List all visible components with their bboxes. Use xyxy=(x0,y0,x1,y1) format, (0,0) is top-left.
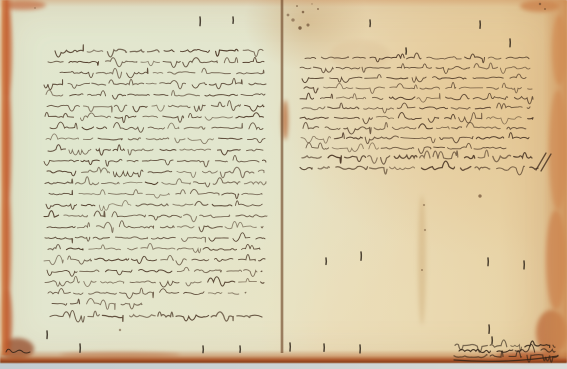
ink-stroke xyxy=(510,74,526,79)
ink-stroke xyxy=(66,248,83,250)
ink-stroke xyxy=(243,49,263,56)
ink-stroke xyxy=(427,57,461,59)
ink-stroke xyxy=(239,278,257,282)
ink-stroke xyxy=(88,311,99,317)
ink-speckle xyxy=(478,194,481,197)
ink-stroke xyxy=(304,87,318,93)
ink-stroke xyxy=(300,167,312,169)
ink-stroke xyxy=(194,105,205,111)
ink-stroke xyxy=(313,67,333,73)
ink-stroke xyxy=(392,127,416,130)
ink-stroke xyxy=(420,151,430,158)
ink-stroke xyxy=(186,282,201,286)
ink-stroke xyxy=(334,133,344,139)
ink-stroke xyxy=(233,155,259,162)
ink-stroke xyxy=(87,298,116,309)
ink-speckle xyxy=(298,26,301,29)
ink-stroke xyxy=(168,72,195,74)
ink-stroke xyxy=(487,117,522,124)
ink-stroke xyxy=(344,127,371,134)
ink-stroke xyxy=(97,127,107,129)
ink-stroke xyxy=(236,201,263,206)
ink-stroke xyxy=(220,167,254,177)
ink-stroke xyxy=(412,77,426,82)
ink-speckle xyxy=(296,5,298,7)
ink-stroke xyxy=(81,204,95,205)
ink-stroke xyxy=(96,222,113,232)
ink-stroke xyxy=(390,84,417,89)
ink-stroke xyxy=(194,270,221,273)
ink-stroke xyxy=(514,153,532,158)
ink-speckle xyxy=(302,11,305,14)
ink-stroke xyxy=(397,64,432,69)
ink-stroke xyxy=(381,147,414,149)
ink-stroke xyxy=(227,270,242,271)
ink-stroke xyxy=(300,117,328,119)
ink-stroke xyxy=(49,190,73,194)
ink-stroke xyxy=(177,267,189,271)
ink-stroke xyxy=(245,105,265,111)
ink-stroke xyxy=(328,155,341,163)
ink-stroke xyxy=(236,113,264,118)
ink-stroke xyxy=(303,122,319,128)
ink-stroke xyxy=(141,243,175,249)
ink-stroke xyxy=(94,211,105,217)
ink-stroke xyxy=(115,116,136,123)
ink-stroke xyxy=(168,123,179,129)
ink-speckle xyxy=(544,8,546,10)
ink-stroke xyxy=(151,237,175,239)
ink-stroke xyxy=(114,105,127,112)
ink-stroke xyxy=(173,204,193,206)
ink-stroke xyxy=(163,61,180,67)
ink-stroke xyxy=(192,83,206,88)
ink-stroke xyxy=(259,259,265,261)
ink-stroke xyxy=(473,77,503,78)
ink-stroke xyxy=(177,226,194,228)
ink-stroke xyxy=(188,138,214,144)
handwriting-layer xyxy=(0,0,567,363)
manuscript-sheet xyxy=(0,0,567,363)
ink-stroke xyxy=(119,221,153,228)
ink-stroke xyxy=(127,160,138,161)
ink-stroke xyxy=(320,94,332,98)
ink-stroke xyxy=(177,248,201,253)
ink-stroke xyxy=(176,190,186,194)
ink-stroke xyxy=(101,281,124,283)
ink-stroke xyxy=(353,57,366,58)
ink-stroke xyxy=(225,221,256,228)
ink-stroke xyxy=(172,90,200,96)
ink-stroke xyxy=(473,93,508,99)
ink-stroke xyxy=(102,315,123,321)
ink-stroke xyxy=(237,70,264,74)
ink-stroke xyxy=(88,91,106,96)
ink-stroke xyxy=(325,127,340,129)
ink-stroke xyxy=(48,289,70,294)
ink-stroke xyxy=(256,238,265,239)
ink-stroke xyxy=(152,105,164,111)
ink-stroke xyxy=(376,116,393,118)
ink-stroke xyxy=(445,114,456,119)
ink-stroke xyxy=(249,123,263,130)
ink-stroke xyxy=(120,288,154,298)
ink-speckle xyxy=(287,14,290,17)
ink-stroke xyxy=(77,223,89,228)
ink-stroke xyxy=(160,149,176,150)
ink-stroke xyxy=(84,106,113,112)
ink-stroke xyxy=(332,144,363,152)
ink-stroke xyxy=(553,345,555,347)
ink-stroke xyxy=(365,136,398,144)
ink-stroke xyxy=(160,81,186,89)
ink-stroke xyxy=(139,270,172,273)
ink-stroke xyxy=(407,53,421,59)
ink-stroke xyxy=(362,67,390,72)
ink-stroke xyxy=(96,68,121,78)
ink-stroke xyxy=(465,155,475,158)
ink-stroke xyxy=(474,63,498,69)
ink-stroke xyxy=(452,127,462,129)
ink-stroke xyxy=(324,83,353,88)
ink-stroke xyxy=(493,155,511,161)
ink-stroke xyxy=(55,45,83,57)
ink-stroke xyxy=(121,303,142,309)
ink-stroke xyxy=(242,193,262,194)
ink-stroke xyxy=(45,276,79,286)
ink-stroke xyxy=(133,106,147,111)
ink-stroke xyxy=(96,149,110,155)
ink-stroke xyxy=(389,97,415,100)
ink-stroke xyxy=(248,138,266,142)
ink-stroke xyxy=(224,58,237,63)
ink-stroke xyxy=(177,160,209,166)
ink-stroke xyxy=(112,212,145,217)
ink-stroke xyxy=(261,226,263,227)
ink-stroke xyxy=(306,143,329,149)
ink-stroke xyxy=(474,147,506,149)
ink-stroke xyxy=(131,256,156,263)
ink-stroke xyxy=(145,182,158,184)
ink-stroke xyxy=(244,270,257,277)
ink-stroke xyxy=(212,123,243,128)
ink-stroke xyxy=(209,78,242,88)
ink-stroke xyxy=(419,124,433,129)
ink-stroke xyxy=(47,105,79,111)
manuscript-photo xyxy=(0,0,567,369)
ink-stroke xyxy=(202,68,231,73)
ink-stroke xyxy=(397,103,415,108)
ink-stroke xyxy=(394,155,417,158)
ink-stroke xyxy=(219,138,243,139)
ink-stroke xyxy=(336,94,365,99)
ink-stroke xyxy=(128,94,150,95)
ink-stroke xyxy=(211,102,224,106)
ink-stroke xyxy=(44,80,63,90)
ink-stroke xyxy=(215,161,227,162)
ink-stroke xyxy=(195,201,208,205)
ink-stroke xyxy=(420,87,439,89)
ink-stroke xyxy=(440,137,473,143)
ink-stroke xyxy=(228,101,241,111)
ink-stroke xyxy=(84,281,96,286)
ink-stroke xyxy=(163,116,184,122)
ink-stroke xyxy=(189,113,202,117)
ink-stroke xyxy=(250,315,262,317)
ink-stroke xyxy=(506,57,529,59)
ink-stroke xyxy=(87,50,103,52)
ink-stroke xyxy=(387,78,408,79)
ink-stroke xyxy=(109,79,144,84)
ink-stroke xyxy=(262,160,266,162)
ink-stroke xyxy=(541,349,555,352)
ink-stroke xyxy=(146,138,168,140)
ink-stroke xyxy=(390,167,415,170)
ink-stroke xyxy=(365,74,381,78)
ink-stroke xyxy=(370,167,387,173)
ink-stroke xyxy=(47,227,75,228)
ink-stroke xyxy=(336,166,368,169)
ink-stroke xyxy=(541,154,551,171)
ink-stroke xyxy=(199,226,222,232)
ink-stroke xyxy=(176,315,209,321)
ink-stroke xyxy=(525,341,550,347)
ink-speckle xyxy=(423,204,425,206)
ink-speckle xyxy=(317,8,319,10)
ink-stroke xyxy=(302,156,321,158)
ink-stroke xyxy=(75,237,90,241)
ink-stroke xyxy=(215,258,233,261)
ink-stroke xyxy=(158,312,173,317)
ink-stroke xyxy=(93,237,109,239)
ink-stroke xyxy=(81,160,99,165)
ink-speckle xyxy=(34,7,36,9)
ink-speckle xyxy=(306,23,309,26)
ink-stroke xyxy=(433,151,458,159)
ink-stroke xyxy=(148,171,172,173)
ink-stroke xyxy=(345,156,366,162)
ink-stroke xyxy=(46,90,63,96)
ink-stroke xyxy=(374,122,387,129)
ink-stroke xyxy=(47,270,77,276)
ink-stroke xyxy=(160,226,174,228)
ink-stroke xyxy=(130,281,155,283)
ink-stroke xyxy=(347,137,363,139)
ink-stroke xyxy=(300,93,314,99)
ink-stroke xyxy=(146,83,156,84)
ink-stroke xyxy=(44,211,59,217)
ink-stroke xyxy=(459,87,483,89)
ink-stroke xyxy=(417,93,440,102)
ink-stroke xyxy=(428,117,439,122)
ink-stroke xyxy=(433,77,467,79)
ink-stroke xyxy=(302,78,323,83)
ink-stroke xyxy=(146,193,169,198)
ink-stroke xyxy=(128,149,153,155)
ink-stroke xyxy=(211,312,233,321)
ink-stroke xyxy=(105,270,132,275)
ink-stroke xyxy=(436,67,470,74)
ink-stroke xyxy=(233,233,250,242)
ink-stroke xyxy=(123,182,142,184)
ink-stroke xyxy=(497,103,522,109)
ink-stroke xyxy=(99,200,131,210)
ink-stroke xyxy=(184,214,197,221)
ink-stroke xyxy=(398,112,421,119)
ink-stroke xyxy=(127,68,148,78)
ink-stroke xyxy=(334,117,359,118)
ink-stroke xyxy=(202,171,217,173)
ink-stroke xyxy=(368,156,378,164)
ink-stroke xyxy=(69,61,99,65)
ink-stroke xyxy=(497,350,513,352)
ink-stroke xyxy=(216,49,238,56)
ink-stroke xyxy=(46,134,79,140)
ink-stroke xyxy=(68,83,90,88)
ink-speckle xyxy=(539,3,541,5)
ink-stroke xyxy=(364,107,394,113)
ink-stroke xyxy=(70,299,79,304)
ink-stroke xyxy=(241,94,265,96)
ink-stroke xyxy=(168,105,190,107)
ink-stroke xyxy=(48,145,66,152)
ink-stroke xyxy=(82,127,93,130)
ink-stroke xyxy=(112,94,125,99)
ink-stroke xyxy=(475,107,490,108)
ink-stroke xyxy=(247,149,264,151)
ink-stroke xyxy=(237,316,250,318)
ink-stroke xyxy=(205,94,238,96)
ink-stroke xyxy=(48,61,63,62)
ink-speckle xyxy=(311,3,312,4)
ink-stroke xyxy=(70,94,83,96)
ink-stroke xyxy=(208,277,235,286)
ink-stroke xyxy=(44,255,63,265)
ink-stroke xyxy=(154,94,168,95)
ink-stroke xyxy=(203,247,236,250)
ink-stroke xyxy=(381,156,390,164)
ink-stroke xyxy=(401,137,435,143)
ink-stroke xyxy=(369,143,379,149)
ink-stroke xyxy=(228,293,239,294)
ink-stroke xyxy=(222,193,239,199)
ink-stroke xyxy=(130,50,144,52)
ink-stroke xyxy=(50,311,84,323)
ink-stroke xyxy=(300,67,311,69)
ink-stroke xyxy=(209,238,229,241)
ink-stroke xyxy=(95,258,129,261)
ink-stroke xyxy=(80,270,99,272)
ink-stroke xyxy=(190,189,219,195)
ink-stroke xyxy=(128,138,140,140)
ink-stroke xyxy=(200,215,230,218)
ink-stroke xyxy=(45,237,73,243)
ink-stroke xyxy=(74,293,84,294)
ink-stroke xyxy=(242,244,261,249)
ink-stroke xyxy=(258,170,264,173)
ink-stroke xyxy=(184,127,205,129)
ink-stroke xyxy=(488,57,501,59)
ink-stroke xyxy=(106,58,137,67)
ink-stroke xyxy=(148,50,160,52)
ink-speckle xyxy=(291,18,294,21)
ink-stroke xyxy=(528,118,533,120)
ink-stroke xyxy=(102,182,120,184)
ink-stroke xyxy=(497,166,525,175)
ink-stroke xyxy=(47,171,76,176)
ink-stroke xyxy=(373,97,383,99)
ink-stroke xyxy=(363,118,373,124)
ink-stroke xyxy=(149,215,182,220)
ink-stroke xyxy=(245,292,246,293)
ink-stroke xyxy=(177,171,196,177)
ink-stroke xyxy=(536,153,546,170)
ink-stroke xyxy=(487,88,499,90)
ink-stroke xyxy=(160,289,179,293)
ink-stroke xyxy=(175,138,185,143)
ink-stroke xyxy=(180,149,211,151)
ink-stroke xyxy=(478,150,488,158)
ink-stroke xyxy=(451,107,470,109)
ink-stroke xyxy=(184,292,204,295)
ink-stroke xyxy=(113,145,125,151)
ink-stroke xyxy=(45,112,74,117)
ink-stroke xyxy=(514,97,533,104)
ink-stroke xyxy=(69,149,91,155)
ink-stroke xyxy=(89,245,121,250)
ink-stroke xyxy=(500,67,530,74)
ink-stroke xyxy=(92,83,106,85)
ink-stroke xyxy=(305,57,316,58)
ink-stroke xyxy=(330,77,362,82)
ink-stroke xyxy=(321,57,348,59)
ink-stroke xyxy=(128,248,138,250)
ink-stroke xyxy=(336,67,360,69)
ink-stroke xyxy=(162,179,191,185)
ink-stroke xyxy=(261,282,264,283)
ink-stroke xyxy=(141,61,160,65)
ink-stroke xyxy=(436,127,449,129)
ink-stroke xyxy=(82,167,110,172)
ink-stroke xyxy=(465,54,485,63)
ink-stroke xyxy=(106,159,122,166)
ink-stroke xyxy=(205,117,233,120)
ink-stroke xyxy=(143,116,158,118)
ink-stroke xyxy=(447,143,471,149)
ink-stroke xyxy=(213,178,240,185)
ink-stroke xyxy=(208,292,222,294)
ink-stroke xyxy=(236,215,267,217)
ink-stroke xyxy=(218,150,241,155)
ink-stroke xyxy=(153,73,163,74)
ink-stroke xyxy=(318,167,329,169)
ink-stroke xyxy=(44,160,79,165)
ink-stroke xyxy=(356,87,385,93)
ink-stroke xyxy=(142,160,173,165)
ink-stroke xyxy=(182,237,206,242)
ink-stroke xyxy=(420,107,448,109)
ink-stroke xyxy=(113,170,143,177)
ink-stroke xyxy=(148,127,164,129)
ink-stroke xyxy=(116,237,148,239)
ink-stroke xyxy=(328,103,359,109)
ink-stroke xyxy=(50,122,77,129)
ink-stroke xyxy=(75,177,98,185)
ink-stroke xyxy=(193,182,209,187)
ink-stroke xyxy=(459,350,490,353)
ink-stroke xyxy=(48,244,60,249)
ink-stroke xyxy=(418,147,431,154)
